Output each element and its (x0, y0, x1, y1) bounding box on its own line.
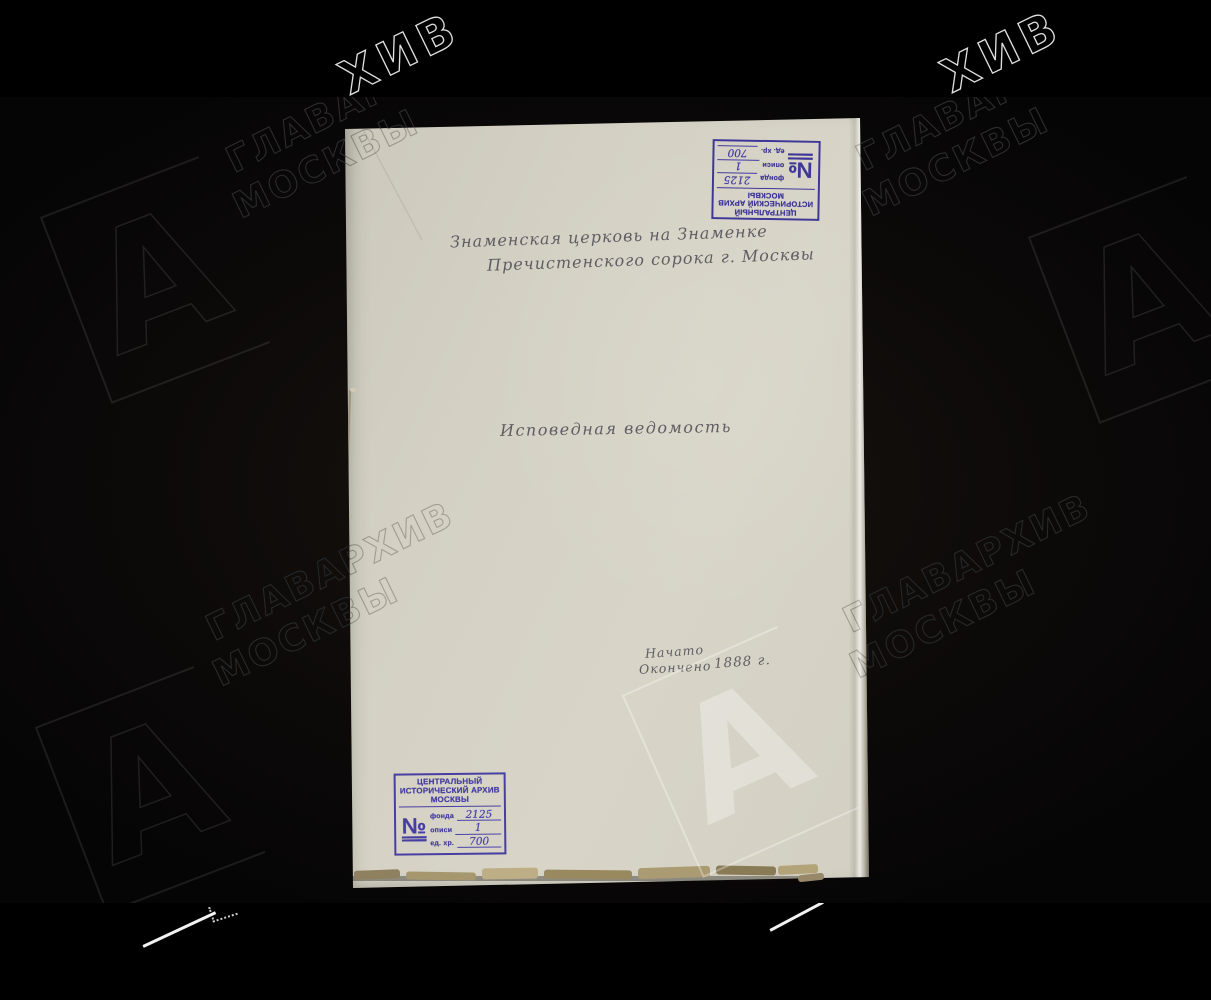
stamp-number-sign: № (785, 147, 816, 181)
opis-label: описи (430, 827, 452, 835)
torn-paper-shard (354, 869, 400, 880)
stamp-row-item: ед. хр. 700 (717, 146, 784, 161)
opis-value: 1 (717, 159, 759, 171)
bottom-margin (0, 903, 1211, 1000)
item-label: ед. хр. (761, 146, 785, 154)
handwritten-church-title-line2: Пречистенского сорока г. Москвы (487, 244, 815, 274)
torn-paper-shard (406, 871, 476, 880)
item-value: 700 (717, 146, 757, 158)
stamp-rows: фонда 2125 описи 1 ед. хр. 700 (717, 146, 785, 187)
torn-paper-shard (716, 865, 776, 875)
top-margin: ХИВ ХИВ (0, 0, 1211, 97)
watermark-dotted-corner (208, 903, 238, 923)
stamp-body: № фонда 2125 описи 1 ед. хр. 700 (399, 807, 501, 848)
item-label: ед. хр. (430, 840, 454, 848)
torn-paper-shard (544, 870, 632, 880)
handwritten-finished-label: Окончено (639, 658, 712, 677)
stamp-body: № фонда 2125 описи 1 ед. хр. 700 (717, 146, 816, 188)
opis-label: описи (762, 160, 784, 168)
archive-stamp-top-inverted: ЦЕНТРАЛЬНЫЙ ИСТОРИЧЕСКИЙ АРХИВ МОСКВЫ № … (711, 139, 820, 221)
watermark-bright-fragment: ХИВ (331, 1, 469, 97)
stamp-row-opis: описи 1 (717, 159, 784, 174)
fold-crease (345, 124, 437, 240)
fond-label: фонда (430, 813, 454, 821)
stamp-row-fond: фонда 2125 (430, 807, 501, 821)
torn-paper-shard (482, 868, 538, 880)
paper-sheet: Знаменская церковь на Знаменке Пречистен… (345, 116, 869, 888)
watermark-bright-line (769, 903, 823, 931)
item-value: 700 (457, 836, 501, 848)
stitch-hole (350, 388, 356, 392)
stamp-row-item: ед. хр. 700 (430, 834, 501, 848)
fond-value: 2125 (717, 172, 757, 184)
stamp-rows: фонда 2125 описи 1 ед. хр. 700 (430, 807, 501, 848)
torn-bottom-edge (350, 862, 830, 896)
fond-label: фонда (760, 173, 784, 181)
handwritten-register-type: Исповедная ведомость (500, 417, 732, 440)
watermark-bright-fragment: ХИВ (933, 0, 1071, 97)
archive-stamp-bottom: ЦЕНТРАЛЬНЫЙ ИСТОРИЧЕСКИЙ АРХИВ МОСКВЫ № … (394, 772, 507, 855)
opis-value: 1 (455, 823, 501, 835)
stamp-org-name: ЦЕНТРАЛЬНЫЙ ИСТОРИЧЕСКИЙ АРХИВ МОСКВЫ (399, 776, 501, 804)
stamp-org-name: ЦЕНТРАЛЬНЫЙ ИСТОРИЧЕСКИЙ АРХИВ МОСКВЫ (716, 189, 814, 217)
stamp-number-sign: № (399, 815, 429, 848)
stamp-row-opis: описи 1 (430, 821, 501, 835)
watermark-bright-line (142, 911, 216, 947)
archival-photo-canvas: Знаменская церковь на Знаменке Пречистен… (0, 0, 1211, 1000)
handwritten-year: 1888 г. (714, 652, 772, 672)
fond-value: 2125 (457, 809, 501, 821)
stamp-org-line3: МОСКВЫ (399, 795, 501, 805)
stamp-row-fond: фонда 2125 (717, 172, 784, 187)
